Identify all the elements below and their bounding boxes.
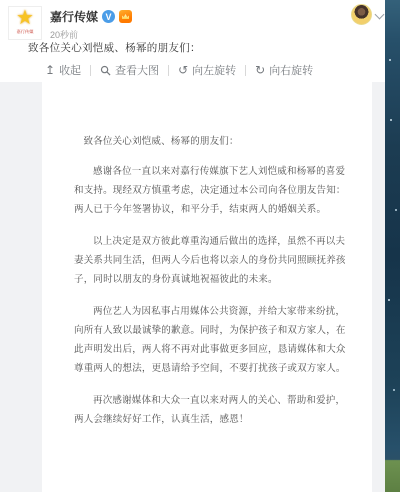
announcement-paragraph: 再次感谢媒体和大众一直以来对两人的关心、帮助和爱护，两人会继续好好工作，认真生活…: [74, 391, 346, 429]
rotate-left-icon: ↺: [178, 64, 188, 76]
publisher-avatar[interactable]: ★ 嘉行传媒: [8, 6, 42, 40]
arrow-up-collapse-icon: ↥: [45, 64, 55, 76]
member-crown-icon: [119, 10, 132, 23]
rotate-right-icon: ↻: [255, 64, 265, 76]
rotate-right-label: 向右旋转: [269, 62, 313, 78]
collapse-button[interactable]: ↥ 收起: [45, 62, 81, 78]
username-row: 嘉行传媒 V: [50, 8, 132, 25]
announcement-paragraph: 感谢各位一直以来对嘉行传媒旗下艺人刘恺威和杨幂的喜爱和支持。现经双方慎重考虑，决…: [74, 162, 346, 219]
rotate-left-label: 向左旋转: [192, 62, 236, 78]
announcement-letter: 致各位关心刘恺威、杨幂的朋友们： 感谢各位一直以来对嘉行传媒旗下艺人刘恺威和杨幂…: [74, 132, 346, 429]
view-large-label: 查看大图: [115, 62, 159, 78]
magnifier-icon: [100, 65, 111, 76]
post-text: 致各位关心刘恺威、杨幂的朋友们：: [28, 40, 201, 55]
announcement-paragraph: 以上决定是双方彼此尊重沟通后做出的选择，虽然不再以夫妻关系共同生活，但两人今后也…: [74, 232, 346, 289]
post-header: ★ 嘉行传媒 嘉行传媒 V 20秒前 致各位关心刘恺威、杨幂的朋友们：: [0, 0, 385, 57]
toolbar-divider: [168, 65, 169, 76]
username[interactable]: 嘉行传媒: [50, 8, 98, 25]
stars-decoration: [385, 0, 400, 492]
photo-viewer-area: 致各位关心刘恺威、杨幂的朋友们： 感谢各位一直以来对嘉行传媒旗下艺人刘恺威和杨幂…: [0, 82, 385, 492]
current-user-avatar[interactable]: [351, 4, 372, 25]
star-logo-icon: ★: [16, 8, 34, 28]
announcement-salutation: 致各位关心刘恺威、杨幂的朋友们：: [74, 132, 346, 151]
verified-v-icon: V: [102, 10, 115, 23]
collapse-label: 收起: [59, 62, 81, 78]
avatar-caption: 嘉行传媒: [16, 29, 33, 35]
weibo-post-page: ★ 嘉行传媒 嘉行传媒 V 20秒前 致各位关心刘恺威、杨幂的朋友们： ↥ 收起…: [0, 0, 400, 492]
rotate-right-button[interactable]: ↻ 向右旋转: [255, 62, 313, 78]
announcement-paragraph: 两位艺人为因私事占用媒体公共资源，并给大家带来纷扰，向所有人致以最诚挚的歉意。同…: [74, 302, 346, 378]
rotate-left-button[interactable]: ↺ 向左旋转: [178, 62, 236, 78]
view-large-button[interactable]: 查看大图: [100, 62, 159, 78]
page-background-night-sky: [385, 0, 400, 492]
toolbar-divider: [90, 65, 91, 76]
image-toolbar: ↥ 收起 查看大图 ↺ 向左旋转 ↻ 向右旋转: [0, 58, 385, 82]
toolbar-divider: [245, 65, 246, 76]
chevron-down-icon[interactable]: [375, 10, 385, 20]
announcement-image[interactable]: 致各位关心刘恺威、杨幂的朋友们： 感谢各位一直以来对嘉行传媒旗下艺人刘恺威和杨幂…: [42, 82, 372, 492]
